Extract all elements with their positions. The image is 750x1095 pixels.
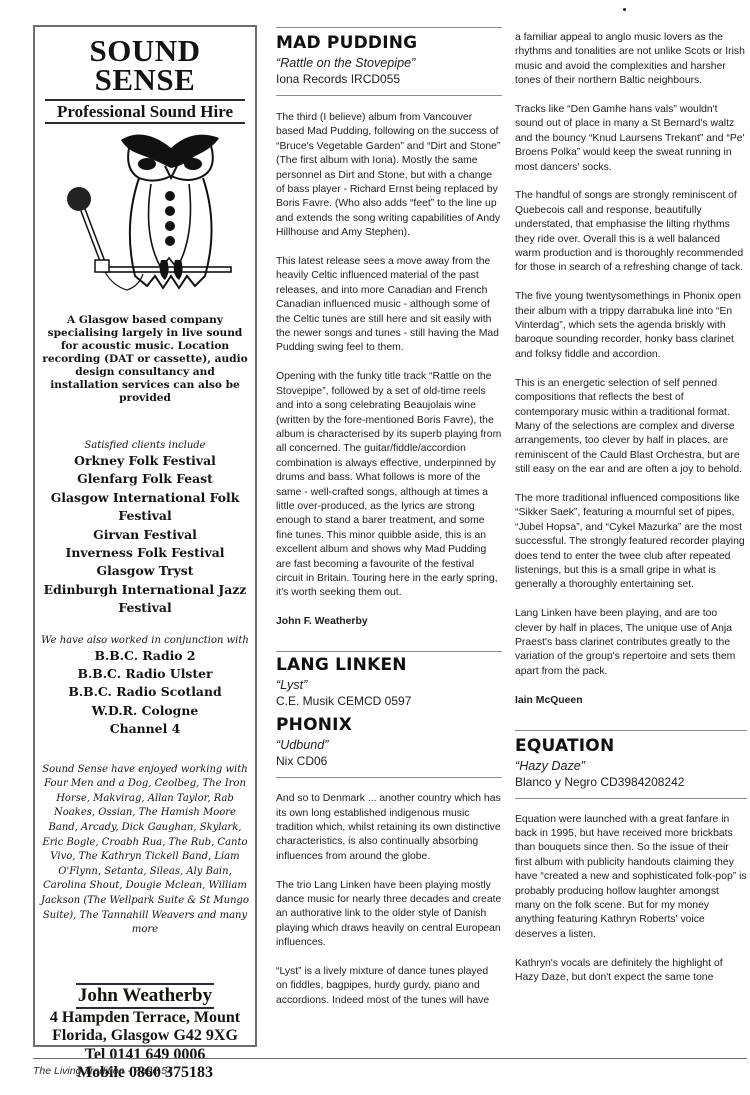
partner-item: B.B.C. Radio Scotland <box>35 683 255 701</box>
review-mad-pudding: MAD PUDDING “Rattle on the Stovepipe” Io… <box>276 33 502 629</box>
divider <box>515 798 747 799</box>
review-lang-linken-phonix-continued: a familiar appeal to anglo music lovers … <box>515 31 747 708</box>
advert-description: A Glasgow based company specialising lar… <box>41 314 249 405</box>
review-equation: EQUATION “Hazy Daze” Blanco y Negro CD39… <box>515 736 747 986</box>
partner-item: B.B.C. Radio 2 <box>35 647 255 665</box>
divider <box>276 777 502 778</box>
review-paragraph: This latest release sees a move away fro… <box>276 255 502 356</box>
contact-name: John Weatherby <box>76 983 214 1009</box>
reviewer-byline: Iain McQueen <box>515 694 747 708</box>
footer-divider <box>33 1058 747 1059</box>
record-label: Iona Records IRCD055 <box>276 71 502 87</box>
record-label: Blanco y Negro CD3984208242 <box>515 774 747 790</box>
review-paragraph: a familiar appeal to anglo music lovers … <box>515 31 747 89</box>
reviewer-byline: John F. Weatherby <box>276 615 502 629</box>
right-column: a familiar appeal to anglo music lovers … <box>515 0 747 1000</box>
divider <box>515 730 747 731</box>
band-name: EQUATION <box>515 736 747 756</box>
review-paragraph: This is an energetic selection of self p… <box>515 377 747 478</box>
partners-list: B.B.C. Radio 2 B.B.C. Radio Ulster B.B.C… <box>35 647 255 739</box>
artists-worked-with: Sound Sense have enjoyed working with Fo… <box>39 763 251 938</box>
advert-title-line2: SENSE <box>35 65 255 94</box>
partner-item: B.B.C. Radio Ulster <box>35 665 255 683</box>
advert-title: SOUND SENSE <box>35 36 255 94</box>
client-item: Glasgow Tryst <box>35 562 255 580</box>
review-paragraph: The five young twentysomethings in Phoni… <box>515 290 747 362</box>
contact-address-line2: Florida, Glasgow G42 9XG <box>35 1027 255 1046</box>
contact-block: John Weatherby 4 Hampden Terrace, Mount … <box>35 938 255 1083</box>
client-item: Orkney Folk Festival <box>35 452 255 470</box>
contact-address-line1: 4 Hampden Terrace, Mount <box>35 1009 255 1028</box>
sound-sense-advert: SOUND SENSE Professional Sound Hire <box>33 25 257 1047</box>
review-paragraph: Equation were launched with a great fanf… <box>515 813 747 943</box>
client-item: Edinburgh International Jazz Festival <box>35 581 255 618</box>
review-paragraph: Lang Linken have been playing, and are t… <box>515 607 747 679</box>
divider <box>276 95 502 96</box>
review-lang-linken-phonix: LANG LINKEN “Lyst” C.E. Musik CEMCD 0597… <box>276 655 502 1008</box>
divider <box>276 27 502 28</box>
review-paragraph: The third (I believe) album from Vancouv… <box>276 111 502 241</box>
review-paragraph: Kathryn's vocals are definitely the high… <box>515 957 747 986</box>
client-item: Inverness Folk Festival <box>35 544 255 562</box>
review-paragraph: The more traditional influenced composit… <box>515 492 747 593</box>
album-title: “Lyst” <box>276 677 502 693</box>
divider <box>276 651 502 652</box>
advert-title-line1: SOUND <box>35 36 255 65</box>
middle-column: MAD PUDDING “Rattle on the Stovepipe” Io… <box>276 0 502 1023</box>
owl-microphone-icon <box>35 126 255 296</box>
band-name: LANG LINKEN <box>276 655 502 675</box>
record-label: C.E. Musik CEMCD 0597 <box>276 693 502 709</box>
page-footer: The Living Tradition - Page 54 <box>33 1065 173 1077</box>
review-paragraph: The handful of songs are strongly remini… <box>515 189 747 275</box>
client-item: Glenfarg Folk Feast <box>35 470 255 488</box>
partners-label: We have also worked in conjunction with <box>35 634 255 647</box>
band-name: MAD PUDDING <box>276 33 502 53</box>
clients-label: Satisfied clients include <box>35 439 255 452</box>
partner-item: W.D.R. Cologne <box>35 702 255 720</box>
partner-item: Channel 4 <box>35 720 255 738</box>
review-paragraph: And so to Denmark ... another country wh… <box>276 792 502 864</box>
print-speck <box>623 8 626 11</box>
review-paragraph: Opening with the funky title track “Ratt… <box>276 370 502 601</box>
clients-list: Orkney Folk Festival Glenfarg Folk Feast… <box>35 452 255 618</box>
review-paragraph: “Lyst” is a lively mixture of dance tune… <box>276 965 502 1008</box>
review-paragraph: The trio Lang Linken have been playing m… <box>276 879 502 951</box>
band-name: PHONIX <box>276 715 502 735</box>
review-paragraph: Tracks like “Den Gamhe hans vals” wouldn… <box>515 103 747 175</box>
contact-tel: Tel 0141 649 0006 <box>35 1046 255 1065</box>
album-title: “Rattle on the Stovepipe” <box>276 55 502 71</box>
client-item: Girvan Festival <box>35 526 255 544</box>
album-title: “Hazy Daze” <box>515 758 747 774</box>
client-item: Glasgow International Folk Festival <box>35 489 255 526</box>
album-title: “Udbund” <box>276 737 502 753</box>
record-label: Nix CD06 <box>276 753 502 769</box>
advert-tagline: Professional Sound Hire <box>45 99 245 124</box>
